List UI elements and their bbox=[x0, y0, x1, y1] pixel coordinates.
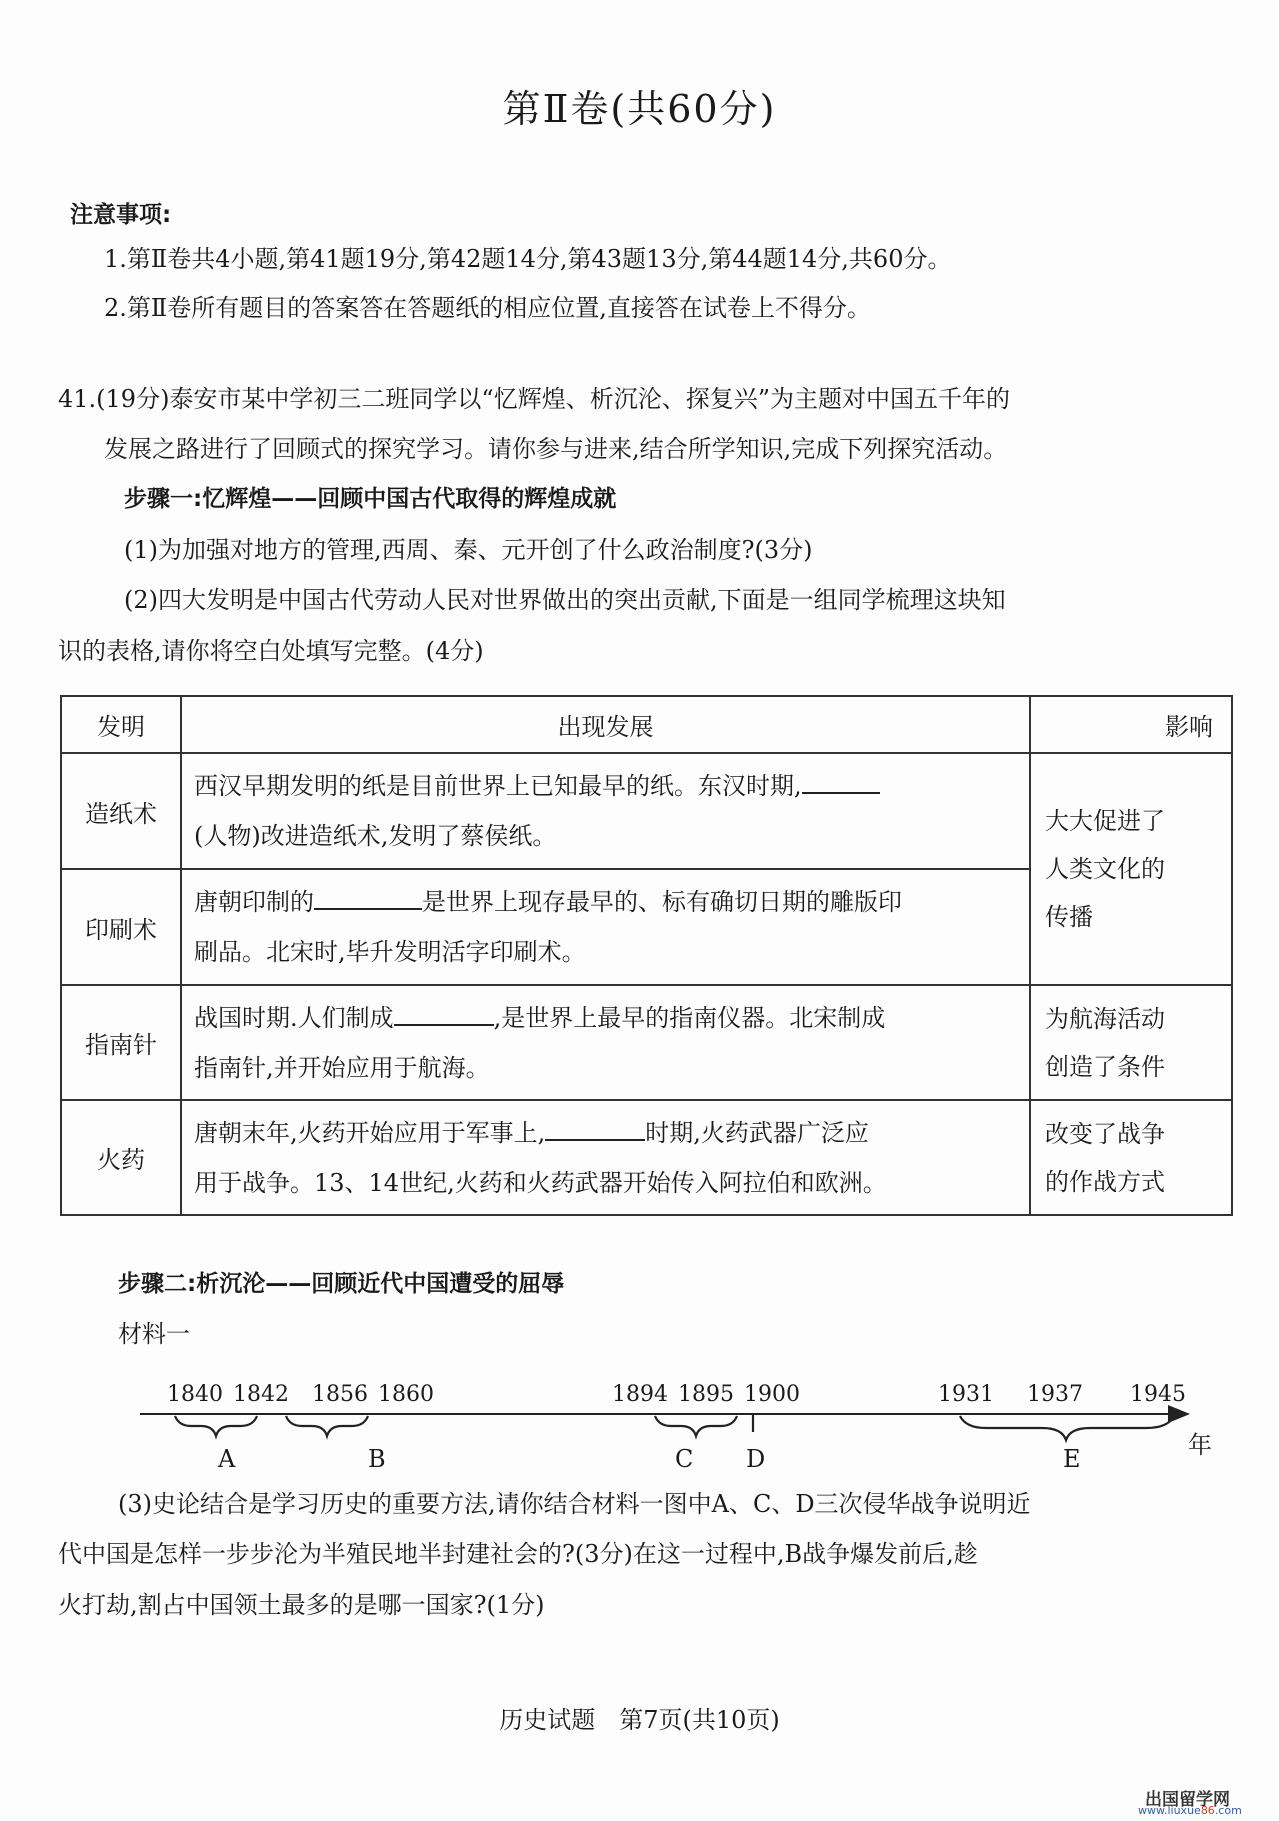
sub-question-3-line3: 火打劫,割占中国领土最多的是哪一国家?(1分) bbox=[58, 1589, 545, 1621]
war-label-c: C bbox=[675, 1445, 693, 1473]
watermark-url-part: .com bbox=[1215, 1804, 1242, 1817]
brace-b-icon bbox=[286, 1416, 368, 1436]
brace-a-icon bbox=[175, 1416, 257, 1436]
watermark-url: www.liuxue86.com bbox=[1138, 1804, 1242, 1817]
brace-e-icon bbox=[960, 1416, 1174, 1440]
sub-question-3-line1: (3)史论结合是学习历史的重要方法,请你结合材料一图中A、C、D三次侵华战争说明… bbox=[118, 1488, 1031, 1520]
axis-unit-label: 年 bbox=[1188, 1425, 1212, 1460]
war-label-b: B bbox=[368, 1445, 386, 1473]
war-label-d: D bbox=[746, 1445, 765, 1473]
sub-question-3-line2: 代中国是怎样一步步沦为半殖民地半封建社会的?(3分)在这一过程中,B战争爆发前后… bbox=[58, 1538, 978, 1570]
watermark-url-part: 86 bbox=[1201, 1804, 1215, 1817]
page-footer: 历史试题 第7页(共10页) bbox=[0, 1700, 1279, 1735]
war-label-a: A bbox=[218, 1445, 235, 1473]
watermark-url-part: www.liuxue bbox=[1138, 1804, 1201, 1817]
brace-c-icon bbox=[655, 1416, 737, 1436]
war-label-e: E bbox=[1063, 1445, 1081, 1473]
